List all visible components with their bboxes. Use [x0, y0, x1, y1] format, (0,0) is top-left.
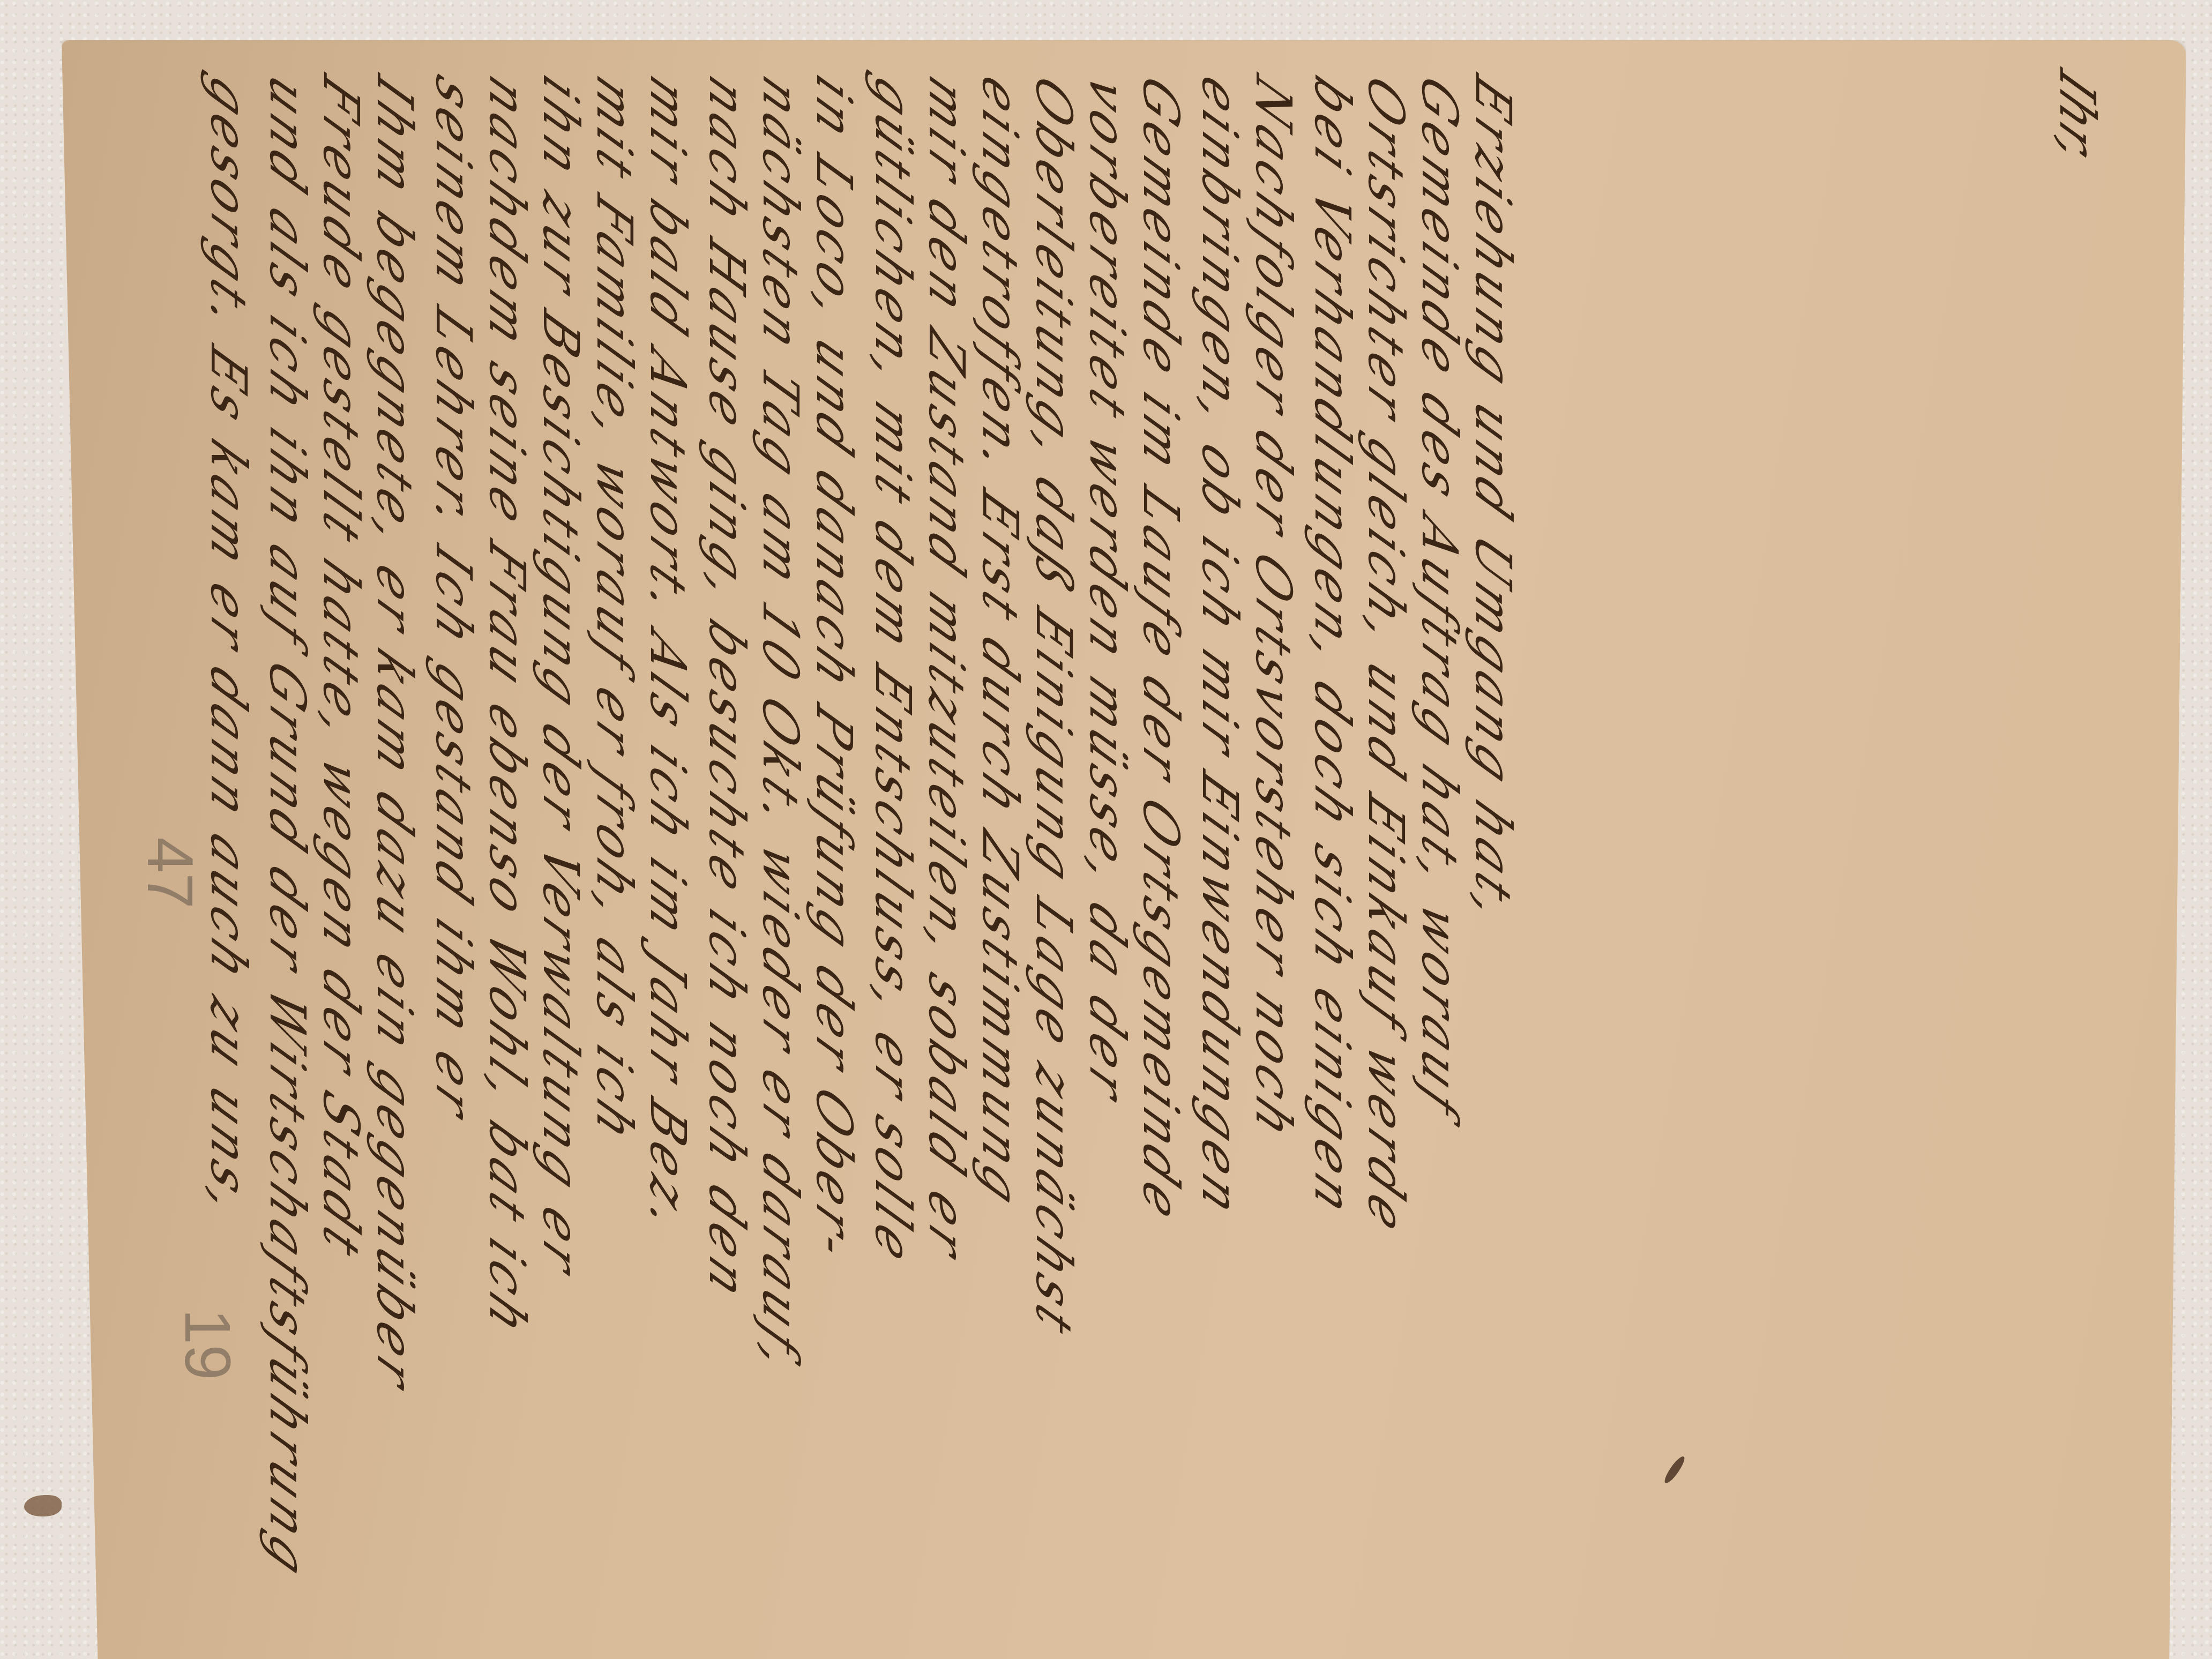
manuscript-line: Nachfolger der Ortsvorsteher noch [1245, 66, 1302, 1154]
manuscript-line: mit Familie, worauf er froh, als ich [586, 66, 643, 1157]
manuscript-line: einbringen, ob ich mir Einwendungen [1191, 66, 1249, 1231]
manuscript-line: Gemeinde des Auftrag hat, worauf [1411, 66, 1468, 1131]
folio-number: 47 [133, 837, 207, 908]
ink-stain [24, 1495, 62, 1516]
manuscript-line: mir den Zustand mitzuteilen, sobald er [918, 66, 975, 1274]
manuscript-line: und als ich ihn auf Grund der Wirtschaft… [259, 66, 316, 1591]
manuscript-line: vorbereitet werden müsse, da der [1079, 66, 1136, 1116]
page-number: 19 [170, 1309, 244, 1380]
manuscript-line: bei Verhandlungen, doch sich einigen [1304, 66, 1361, 1230]
manuscript-line: Ortsrichter gleich, und Einkauf werde [1357, 66, 1415, 1249]
manuscript-line: gesorgt. Es kam er dann auch zu uns, [200, 66, 257, 1232]
manuscript-line: in Loco, und danach Prüfung der Ober- [805, 66, 863, 1275]
manuscript-line: nächsten Tag am 10 Okt. wieder er darauf… [752, 66, 809, 1389]
manuscript-line: Ihm begegnete, er kam dazu ein gegenüber [366, 66, 423, 1404]
manuscript-line: Erziehung und Umgang hat, [1464, 66, 1522, 939]
manuscript-line: Gemeinde im Laufe der Ortsgemeinde [1132, 66, 1190, 1236]
manuscript-line: Freude gestellt hatte, wegen der Stadt [312, 66, 370, 1272]
manuscript-line: eingetroffen. Erst durch Zustimmung [972, 66, 1029, 1221]
manuscript-line: nach Hause ging, besuchte ich noch den [698, 66, 756, 1314]
manuscript-line: nachdem seine Frau ebenso Wohl, bat ich [479, 66, 536, 1350]
manuscript-line: gütlichen, mit dem Entschluss, er solle [864, 66, 922, 1279]
manuscript-line: ihn zur Besichtigung der Verwaltung er [532, 66, 589, 1290]
manuscript-line: seinem Lehrer. Ich gestand ihm er [425, 66, 482, 1134]
manuscript-line: Oberleitung, daß Einigung Lage zunächst [1025, 66, 1082, 1350]
manuscript-line: mir bald Antwort. Als ich im Jahr Bez. [639, 66, 697, 1248]
